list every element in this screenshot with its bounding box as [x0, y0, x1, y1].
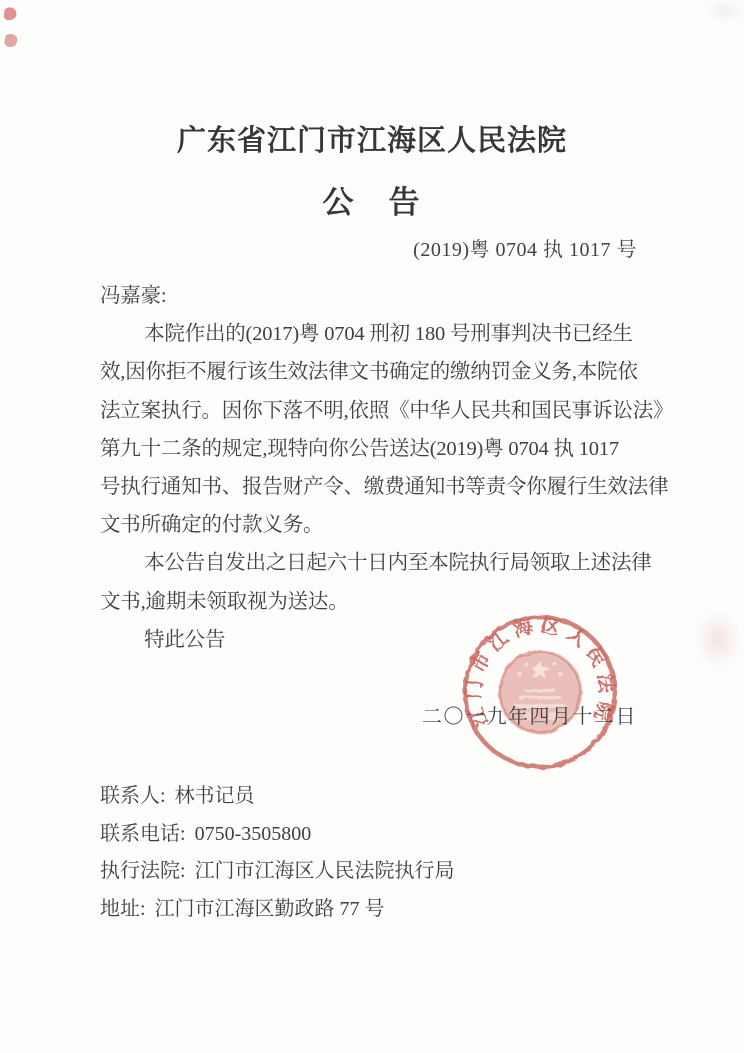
contact-person-label: 联系人: — [100, 785, 166, 807]
executing-court-value: 江门市江海区人民法院执行局 — [195, 860, 455, 882]
contact-phone-value: 0750-3505800 — [195, 823, 312, 845]
contact-person-row: 联系人:林书记员 — [100, 778, 455, 816]
scanned-court-notice-document: 广东省江门市江海区人民法院 公 告 (2019)粤 0704 执 1017 号 … — [0, 0, 744, 1053]
court-name-heading: 广东省江门市江海区人民法院 — [0, 118, 744, 159]
scan-smudge — [706, 0, 744, 22]
body-line: 本院作出的(2017)粤 0704 刑初 180 号刑事判决书已经生 — [100, 315, 660, 353]
official-court-seal: 江门市江海区人民法院 — [454, 611, 626, 773]
recipient-name: 冯嘉豪: — [100, 277, 660, 315]
notice-body: 冯嘉豪: 本院作出的(2017)粤 0704 刑初 180 号刑事判决书已经生 … — [100, 277, 660, 659]
body-line: 文书所确定的付款义务。 — [100, 506, 660, 544]
red-corner-scan-marks — [2, 4, 22, 54]
scan-smudge — [694, 610, 742, 668]
contact-phone-row: 联系电话:0750-3505800 — [100, 816, 455, 854]
contact-person-value: 林书记员 — [175, 785, 255, 807]
body-line: 第九十二条的规定,现特向你公告送达(2019)粤 0704 执 1017 — [100, 430, 660, 468]
body-line: 法立案执行。因你下落不明,依照《中华人民共和国民事诉讼法》 — [100, 392, 660, 430]
notice-title: 公 告 — [0, 177, 744, 222]
case-number: (2019)粤 0704 执 1017 号 — [413, 233, 637, 262]
address-value: 江门市江海区勤政路 77 号 — [155, 898, 385, 920]
address-label: 地址: — [100, 898, 146, 920]
body-line: 号执行通知书、报告财产令、缴费通知书等责令你履行生效法律 — [100, 468, 660, 506]
executing-court-label: 执行法院: — [100, 860, 186, 882]
contact-info-block: 联系人:林书记员 联系电话:0750-3505800 执行法院:江门市江海区人民… — [100, 778, 455, 928]
body-line: 本公告自发出之日起六十日内至本院执行局领取上述法律 — [100, 544, 660, 582]
contact-phone-label: 联系电话: — [100, 823, 186, 845]
body-line: 效,因你拒不履行该生效法律文书确定的缴纳罚金义务,本院依 — [100, 353, 660, 391]
issue-date: 二〇一九年四月十二日 — [422, 700, 637, 729]
address-row: 地址:江门市江海区勤政路 77 号 — [100, 891, 455, 929]
executing-court-row: 执行法院:江门市江海区人民法院执行局 — [100, 853, 455, 891]
